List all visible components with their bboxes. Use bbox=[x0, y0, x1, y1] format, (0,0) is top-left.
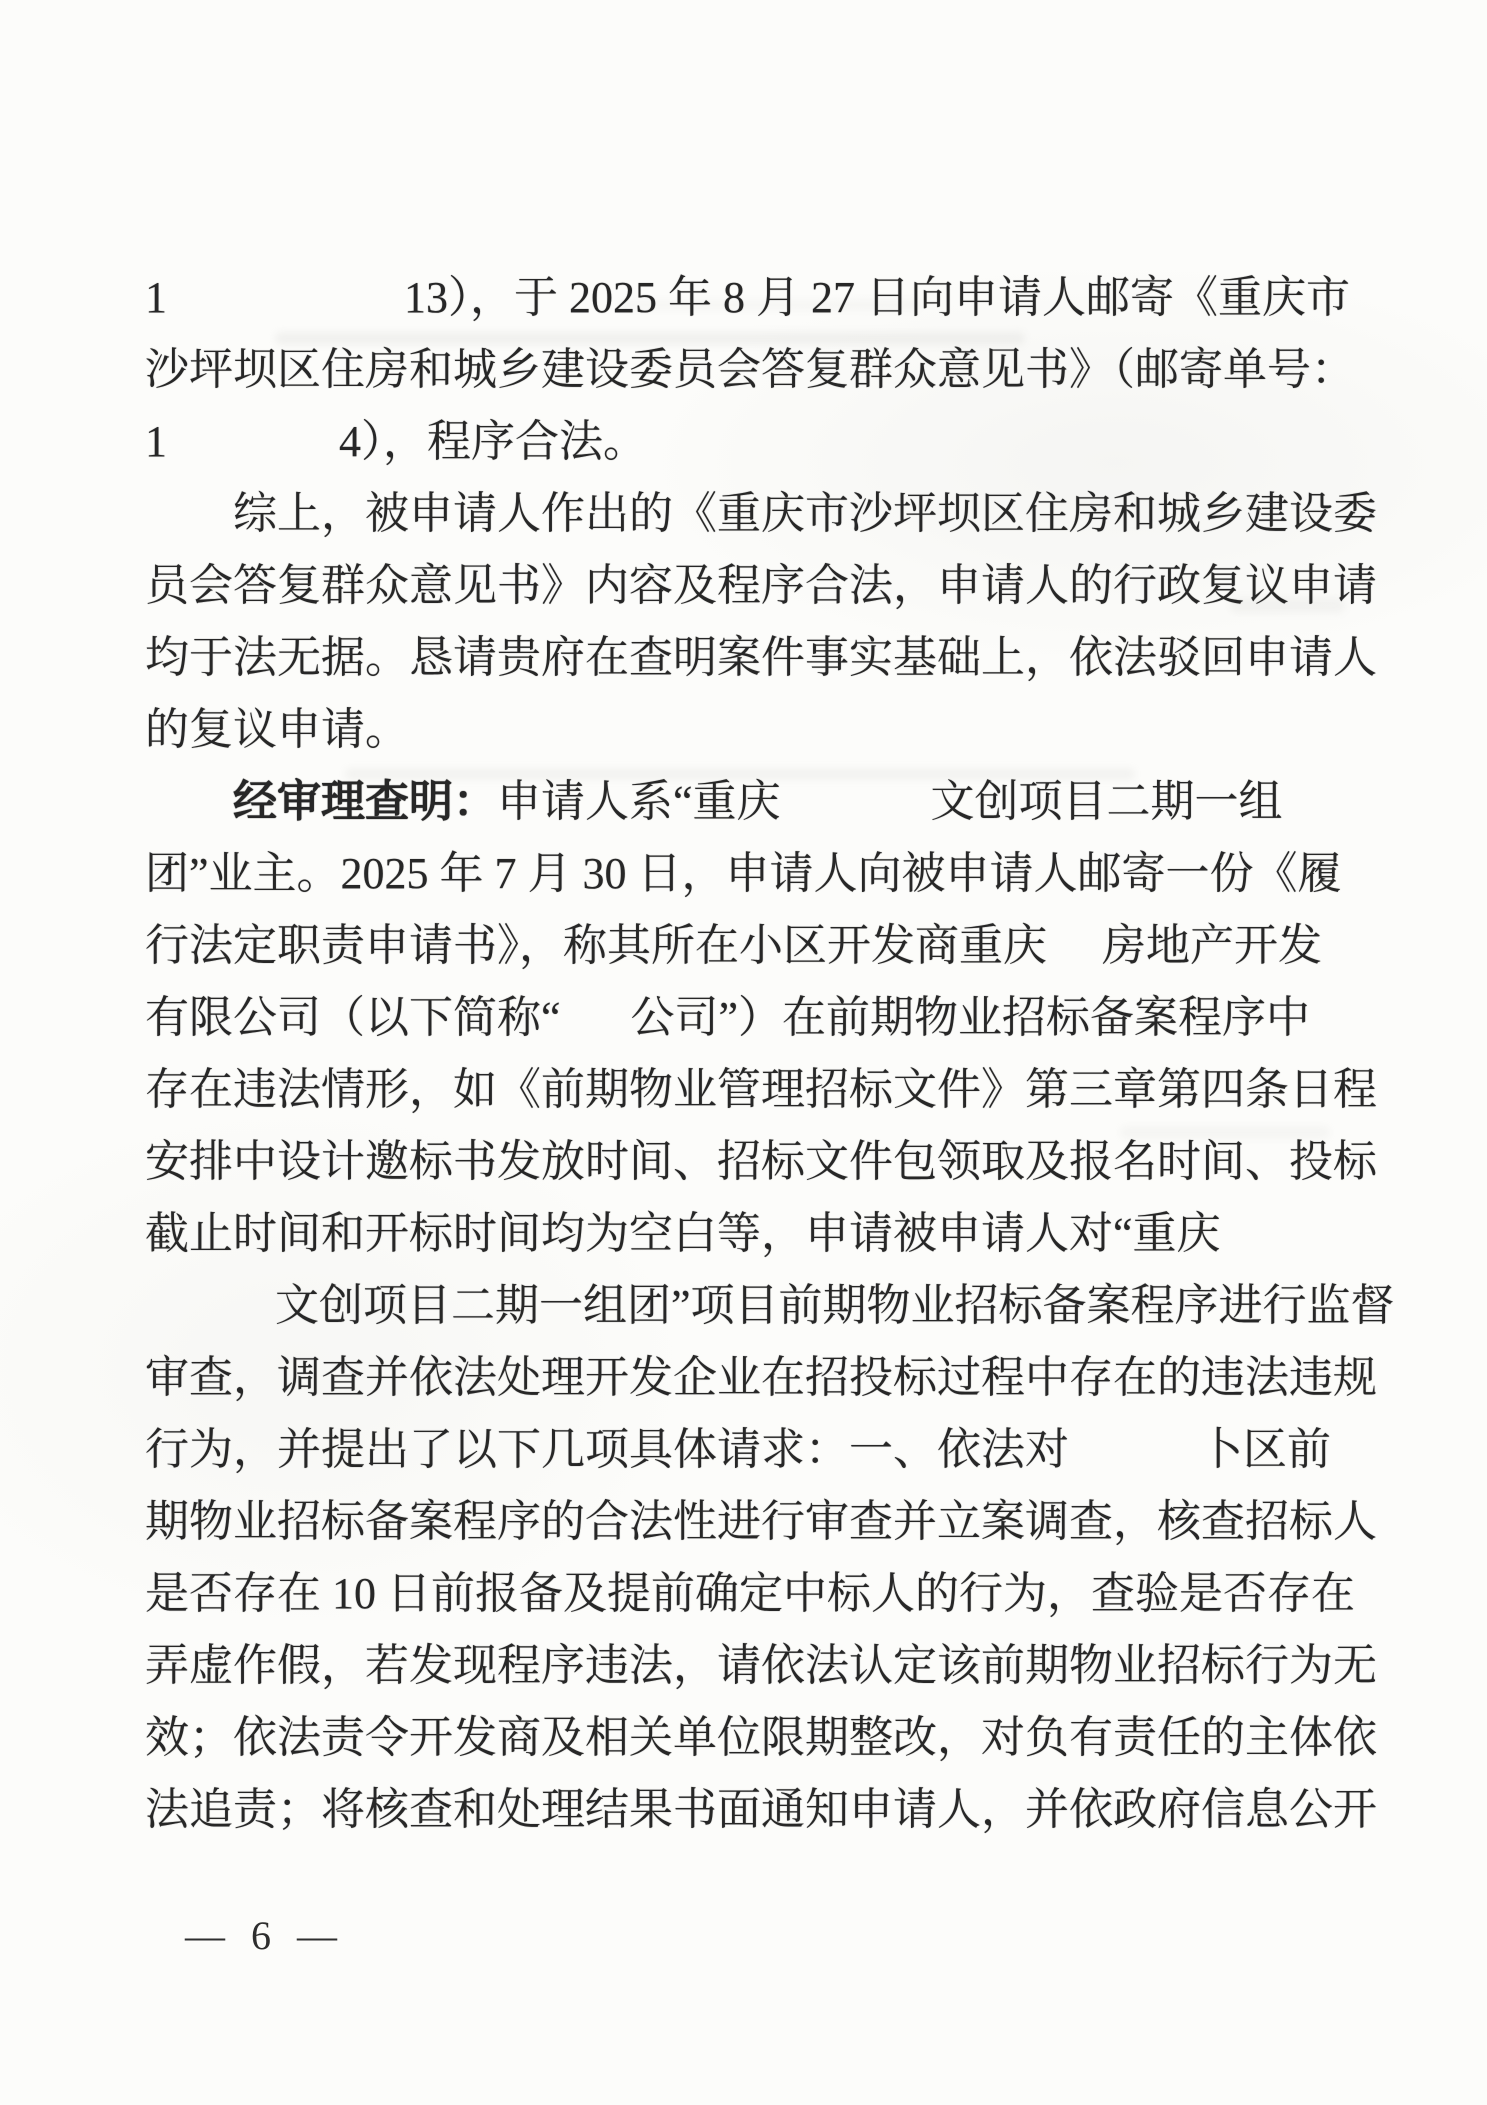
text-segment: 存在违法情形，如《前期物业管理招标文件》第三章第四条日程 bbox=[145, 1065, 1377, 1114]
text-line: 是否存在 10 日前报备及提前确定中标人的行为，查验是否存在 bbox=[145, 1558, 1375, 1630]
text-segment: 均于法无据。恳请贵府在查明案件事实基础上，依法驳回申请人 bbox=[145, 633, 1377, 682]
text-segment: 卜区前 bbox=[1199, 1425, 1331, 1474]
redaction-gap bbox=[167, 311, 404, 312]
redaction-gap bbox=[1069, 1463, 1199, 1464]
redaction-gap bbox=[167, 455, 339, 456]
text-segment: 期物业招标备案程序的合法性进行审查并立案调查，核查招标人 bbox=[145, 1497, 1377, 1546]
text-segment: 行为，并提出了以下几项具体请求：一、依法对 bbox=[145, 1425, 1069, 1474]
redaction-gap bbox=[781, 815, 931, 816]
text-line: 沙坪坝区住房和城乡建设委员会答复群众意见书》（邮寄单号： bbox=[145, 334, 1375, 406]
text-segment: 1 bbox=[145, 273, 167, 322]
text-segment: 申请人系“重庆 bbox=[497, 777, 781, 826]
text-line: 文创项目二期一组团”项目前期物业招标备案程序进行监督 bbox=[145, 1270, 1375, 1342]
text-segment: 房地产开发 bbox=[1102, 921, 1322, 970]
text-line: 法追责；将核查和处理结果书面通知申请人，并依政府信息公开 bbox=[145, 1774, 1375, 1846]
text-line: 存在违法情形，如《前期物业管理招标文件》第三章第四条日程 bbox=[145, 1054, 1375, 1126]
text-segment: 1 bbox=[145, 417, 167, 466]
text-line: 审查，调查并依法处理开发企业在招投标过程中存在的违法违规 bbox=[145, 1342, 1375, 1414]
redaction-gap bbox=[561, 1031, 631, 1032]
redaction-gap bbox=[1047, 959, 1102, 960]
text-segment: 行法定职责申请书》，称其所在小区开发商重庆 bbox=[145, 921, 1047, 970]
text-line: 团”业主。2025 年 7 月 30 日，申请人向被申请人邮寄一份《履 bbox=[145, 838, 1375, 910]
text-line: 均于法无据。恳请贵府在查明案件事实基础上，依法驳回申请人 bbox=[145, 622, 1375, 694]
text-segment: 审查，调查并依法处理开发企业在招投标过程中存在的违法违规 bbox=[145, 1353, 1377, 1402]
text-segment: 文创项目二期一组 bbox=[931, 777, 1283, 826]
text-line: 行法定职责申请书》，称其所在小区开发商重庆房地产开发 bbox=[145, 910, 1375, 982]
text-line: 的复议申请。 bbox=[145, 694, 1375, 766]
text-segment: 13），于 2025 年 8 月 27 日向申请人邮寄《重庆市 bbox=[404, 273, 1350, 322]
text-line: 安排中设计邀标书发放时间、招标文件包领取及报名时间、投标 bbox=[145, 1126, 1375, 1198]
text-line: 有限公司（以下简称“公司”）在前期物业招标备案程序中 bbox=[145, 982, 1375, 1054]
text-segment: 法追责；将核查和处理结果书面通知申请人，并依政府信息公开 bbox=[145, 1785, 1377, 1834]
text-line: 经审理查明：申请人系“重庆文创项目二期一组 bbox=[145, 766, 1375, 838]
page-number: — 6 — bbox=[185, 1912, 345, 1959]
text-line: 期物业招标备案程序的合法性进行审查并立案调查，核查招标人 bbox=[145, 1486, 1375, 1558]
text-segment: 截止时间和开标时间均为空白等，申请被申请人对“重庆 bbox=[145, 1209, 1221, 1258]
text-segment: 有限公司（以下简称“ bbox=[145, 993, 561, 1042]
text-segment: 员会答复群众意见书》内容及程序合法，申请人的行政复议申请 bbox=[145, 561, 1377, 610]
bold-text-segment: 经审理查明： bbox=[233, 777, 497, 826]
text-line: 113），于 2025 年 8 月 27 日向申请人邮寄《重庆市 bbox=[145, 262, 1375, 334]
text-line: 弄虚作假，若发现程序违法，请依法认定该前期物业招标行为无 bbox=[145, 1630, 1375, 1702]
text-segment: 是否存在 10 日前报备及提前确定中标人的行为，查验是否存在 bbox=[145, 1569, 1355, 1618]
text-segment: 4），程序合法。 bbox=[339, 417, 647, 466]
text-segment: 团”业主。2025 年 7 月 30 日，申请人向被申请人邮寄一份《履 bbox=[145, 849, 1342, 898]
text-segment: 公司”）在前期物业招标备案程序中 bbox=[631, 993, 1311, 1042]
document-body: 113），于 2025 年 8 月 27 日向申请人邮寄《重庆市沙坪坝区住房和城… bbox=[145, 262, 1375, 1846]
text-segment: 弄虚作假，若发现程序违法，请依法认定该前期物业招标行为无 bbox=[145, 1641, 1377, 1690]
text-line: 员会答复群众意见书》内容及程序合法，申请人的行政复议申请 bbox=[145, 550, 1375, 622]
text-segment: 效；依法责令开发商及相关单位限期整改，对负有责任的主体依 bbox=[145, 1713, 1377, 1762]
text-line: 效；依法责令开发商及相关单位限期整改，对负有责任的主体依 bbox=[145, 1702, 1375, 1774]
text-line: 行为，并提出了以下几项具体请求：一、依法对卜区前 bbox=[145, 1414, 1375, 1486]
text-line: 综上，被申请人作出的《重庆市沙坪坝区住房和城乡建设委 bbox=[145, 478, 1375, 550]
text-segment: 沙坪坝区住房和城乡建设委员会答复群众意见书》（邮寄单号： bbox=[145, 345, 1355, 394]
text-line: 14），程序合法。 bbox=[145, 406, 1375, 478]
text-segment: 文创项目二期一组团”项目前期物业招标备案程序进行监督 bbox=[275, 1281, 1395, 1330]
text-segment: 安排中设计邀标书发放时间、招标文件包领取及报名时间、投标 bbox=[145, 1137, 1377, 1186]
text-segment: 的复议申请。 bbox=[145, 705, 409, 754]
text-line: 截止时间和开标时间均为空白等，申请被申请人对“重庆 bbox=[145, 1198, 1375, 1270]
document-page: 113），于 2025 年 8 月 27 日向申请人邮寄《重庆市沙坪坝区住房和城… bbox=[0, 0, 1487, 2105]
text-segment: 综上，被申请人作出的《重庆市沙坪坝区住房和城乡建设委 bbox=[233, 489, 1377, 538]
